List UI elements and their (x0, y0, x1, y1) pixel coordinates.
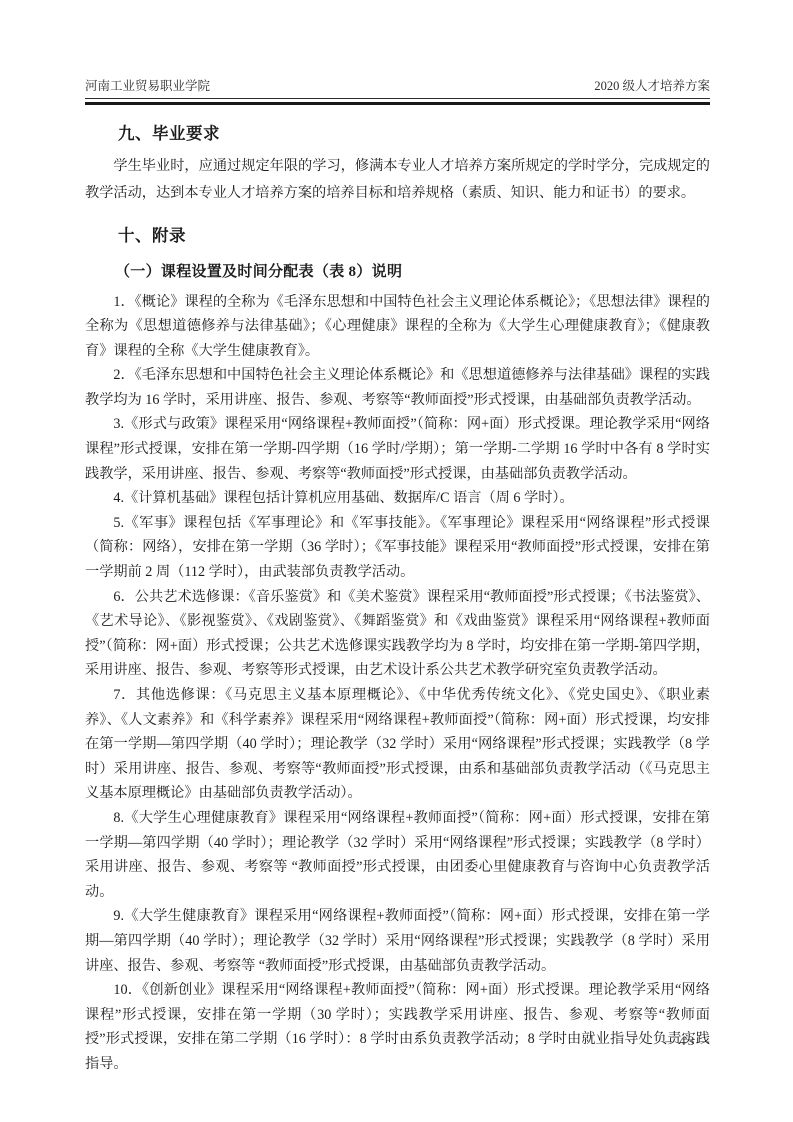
appendix-item-2: 2．《毛泽东思想和中国特色社会主义理论体系概论》和《思想道德修养与法律基础》课程… (85, 363, 710, 412)
appendix-item-9: 9.《大学生健康教育》课程采用“网络课程+教师面授”（简称：网+面）形式授课，安… (85, 904, 710, 978)
appendix-subtitle: （一）课程设置及时间分配表（表 8）说明 (85, 260, 710, 281)
header-school-name: 河南工业贸易职业学院 (85, 76, 210, 94)
page-header: 河南工业贸易职业学院 2020 级人才培养方案 (85, 76, 710, 105)
section-title-graduation-requirements: 九、毕业要求 (85, 120, 710, 144)
page-number: – 43 – (666, 1033, 711, 1049)
header-row: 河南工业贸易职业学院 2020 级人才培养方案 (85, 76, 710, 99)
appendix-item-6: 6．公共艺术选修课：《音乐鉴赏》和《美术鉴赏》课程采用“教师面授”形式授课；《书… (85, 585, 710, 683)
appendix-item-4: 4.《计算机基础》课程包括计算机应用基础、数据库/C 语言（周 6 学时）。 (85, 486, 710, 511)
appendix-item-10: 10．《创新创业》课程采用“网络课程+教师面授”（简称：网+面）形式授课。理论教… (85, 978, 710, 1076)
appendix-item-7: 7．其他选修课：《马克思主义基本原理概论》、《中华优秀传统文化》、《党史国史》、… (85, 683, 710, 806)
graduation-requirements-paragraph: 学生毕业时，应通过规定年限的学习，修满本专业人才培养方案所规定的学时学分，完成规… (85, 153, 710, 207)
appendix-item-5: 5.《军事》课程包括《军事理论》和《军事技能》。《军事理论》课程采用“网络课程”… (85, 511, 710, 585)
appendix-item-8: 8.《大学生心理健康教育》课程采用“网络课程+教师面授”（简称：网+面）形式授课… (85, 806, 710, 904)
header-doc-title: 2020 级人才培养方案 (594, 76, 710, 94)
header-rule (85, 102, 710, 105)
appendix-item-3: 3.《形式与政策》课程采用“网络课程+教师面授”（简称：网+面）形式授课。理论教… (85, 412, 710, 486)
page-content: 河南工业贸易职业学院 2020 级人才培养方案 九、毕业要求 学生毕业时，应通过… (0, 0, 793, 1077)
appendix-item-1: 1．《概论》课程的全称为《毛泽东思想和中国特色社会主义理论体系概论》；《思想法律… (85, 290, 710, 364)
appendix-item-list: 1．《概论》课程的全称为《毛泽东思想和中国特色社会主义理论体系概论》；《思想法律… (85, 290, 710, 1077)
section-title-appendix: 十、附录 (85, 222, 710, 246)
document-page: 河南工业贸易职业学院 2020 级人才培养方案 九、毕业要求 学生毕业时，应通过… (0, 0, 793, 1122)
